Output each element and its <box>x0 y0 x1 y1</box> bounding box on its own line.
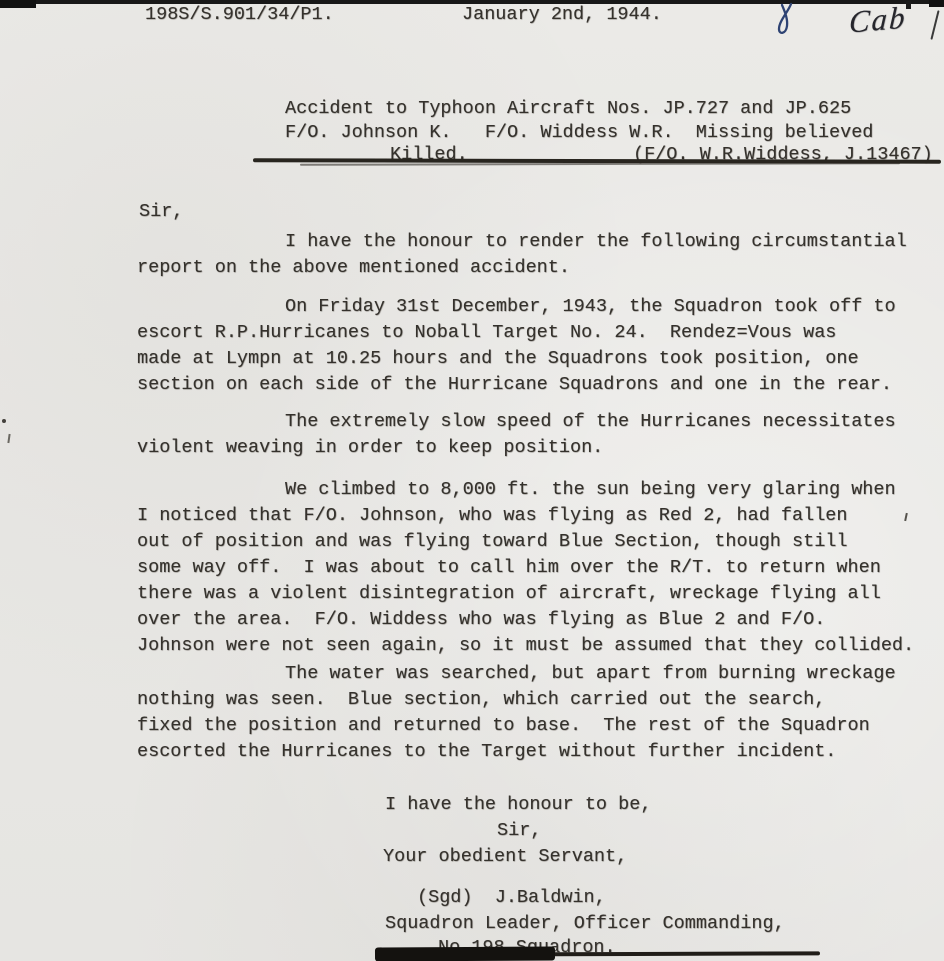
reference-number: 198S/S.901/34/P1. <box>145 2 334 28</box>
body-line: there was a violent disintegration of ai… <box>137 581 914 607</box>
body-line: I have the honour to render the followin… <box>137 229 907 255</box>
body-line: out of position and was flying toward Bl… <box>137 529 914 555</box>
body-line: some way off. I was about to call him ov… <box>137 555 914 581</box>
body-line: Johnson were not seen again, so it must … <box>137 633 914 659</box>
body-line: over the area. F/O. Widdess who was flyi… <box>137 607 914 633</box>
closing-line-1: I have the honour to be, <box>385 792 651 818</box>
signature-role: Squadron Leader, Officer Commanding, <box>385 911 785 937</box>
document-date: January 2nd, 1944. <box>462 2 662 28</box>
paragraph: On Friday 31st December, 1943, the Squad… <box>137 294 896 398</box>
paragraph: The water was searched, but apart from b… <box>137 661 896 765</box>
handwritten-note: Cab <box>848 0 907 41</box>
paragraph: I have the honour to render the followin… <box>137 229 907 281</box>
body-line: escort R.P.Hurricanes to Noball Target N… <box>137 320 896 346</box>
body-line: escorted the Hurricanes to the Target wi… <box>137 739 896 765</box>
body-line: The water was searched, but apart from b… <box>137 661 896 687</box>
body-line: We climbed to 8,000 ft. the sun being ve… <box>137 477 914 503</box>
scan-corner-left <box>0 0 36 8</box>
handwritten-stroke <box>930 10 939 40</box>
salutation: Sir, <box>139 199 183 225</box>
signature-signed: (Sgd) J.Baldwin, <box>417 885 606 911</box>
paragraph: The extremely slow speed of the Hurrican… <box>137 409 896 461</box>
paper-speck <box>2 419 6 423</box>
body-line: violent weaving in order to keep positio… <box>137 435 896 461</box>
body-line: The extremely slow speed of the Hurrican… <box>137 409 896 435</box>
document-page: 198S/S.901/34/P1. January 2nd, 1944. Cab… <box>0 0 944 961</box>
paper-speck <box>7 434 10 443</box>
scan-corner-right <box>929 0 944 7</box>
body-line: On Friday 31st December, 1943, the Squad… <box>137 294 896 320</box>
paragraph: We climbed to 8,000 ft. the sun being ve… <box>137 477 914 659</box>
title-line-1: Accident to Typhoon Aircraft Nos. JP.727… <box>285 96 851 122</box>
body-line: made at Lympn at 10.25 hours and the Squ… <box>137 346 896 372</box>
body-line: section on each side of the Hurricane Sq… <box>137 372 896 398</box>
closing-line-3: Your obedient Servant, <box>383 844 627 870</box>
body-line: report on the above mentioned accident. <box>137 255 907 281</box>
handwritten-loop-icon <box>772 1 800 39</box>
closing-line-2: Sir, <box>497 818 541 844</box>
body-line: nothing was seen. Blue section, which ca… <box>137 687 896 713</box>
signature-heavy-bar <box>375 947 555 961</box>
body-line: I noticed that F/O. Johnson, who was fly… <box>137 503 914 529</box>
body-line: fixed the position and returned to base.… <box>137 713 896 739</box>
